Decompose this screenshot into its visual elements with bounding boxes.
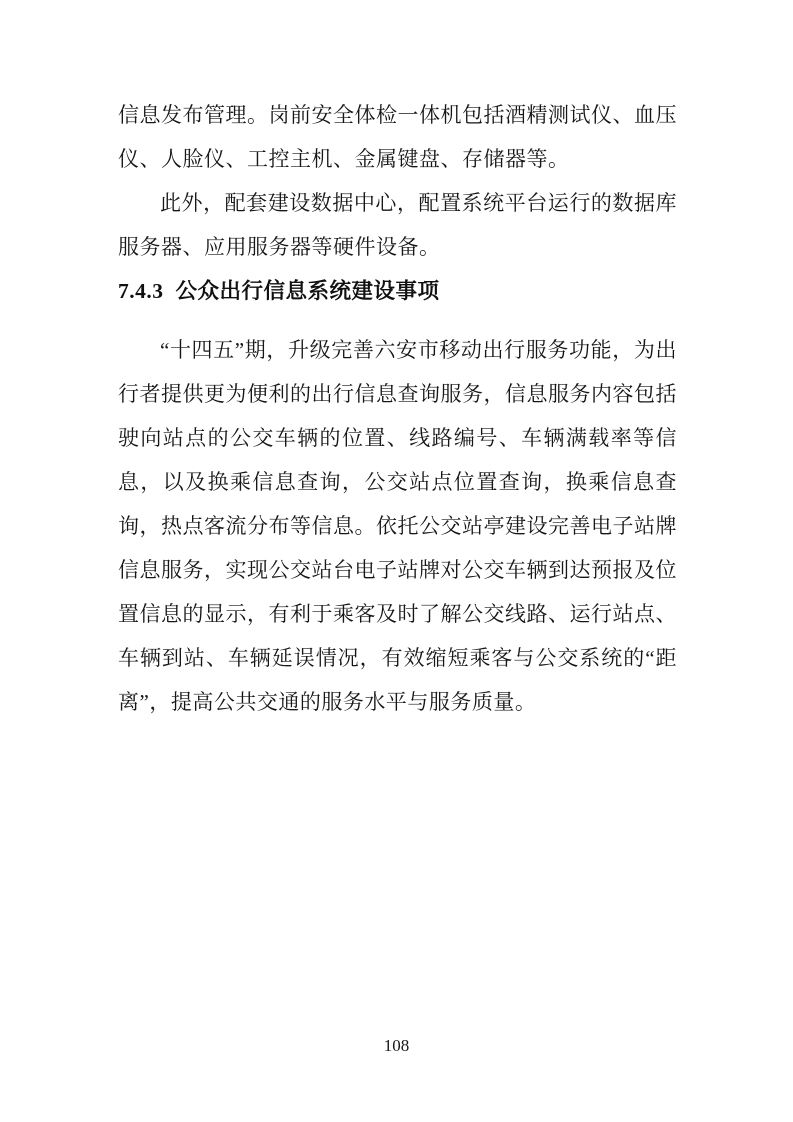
section-title: 公众出行信息系统建设事项 bbox=[176, 279, 440, 303]
page-footer: 108 bbox=[0, 1036, 793, 1056]
section-number: 7.4.3 bbox=[118, 279, 164, 303]
page-number: 108 bbox=[384, 1036, 410, 1055]
paragraph-data-center: 此外，配套建设数据中心，配置系统平台运行的数据库服务器、应用服务器等硬件设备。 bbox=[118, 181, 677, 269]
section-heading: 7.4.3公众出行信息系统建设事项 bbox=[118, 269, 677, 313]
page-content: 信息发布管理。岗前安全体检一体机包括酒精测试仪、血压仪、人脸仪、工控主机、金属键… bbox=[118, 93, 677, 724]
paragraph-continuation-equipment: 信息发布管理。岗前安全体检一体机包括酒精测试仪、血压仪、人脸仪、工控主机、金属键… bbox=[118, 93, 677, 181]
document-page: 信息发布管理。岗前安全体检一体机包括酒精测试仪、血压仪、人脸仪、工控主机、金属键… bbox=[0, 0, 793, 1122]
paragraph-public-travel-info: “十四五”期，升级完善六安市移动出行服务功能，为出行者提供更为便利的出行信息查询… bbox=[118, 328, 677, 724]
